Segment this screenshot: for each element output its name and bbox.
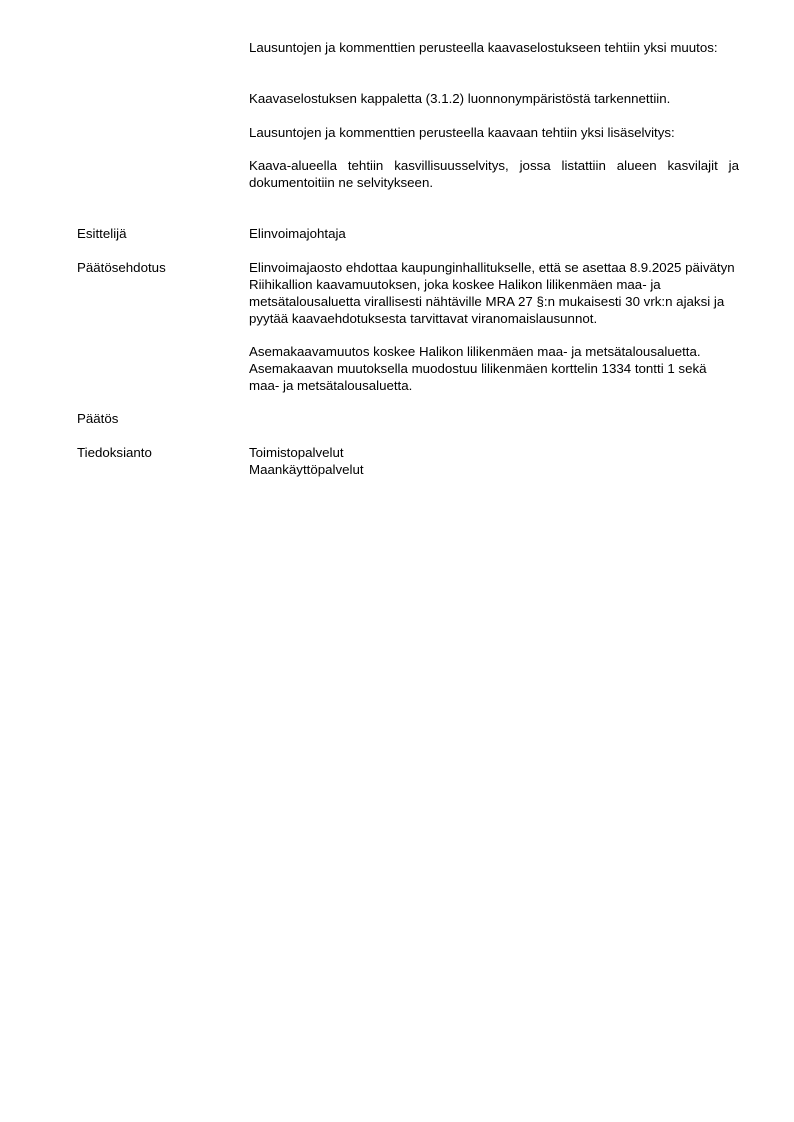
paatosehdotus-paragraph-2: Asemakaavamuutos koskee Halikon lilikenm… bbox=[249, 343, 739, 394]
intro-paragraph-4: Kaava-alueella tehtiin kasvillisuusselvi… bbox=[249, 157, 739, 191]
tiedoksianto-recipients: Toimistopalvelut Maankäyttöpalvelut bbox=[249, 444, 739, 478]
esittelija-value: Elinvoimajohtaja bbox=[249, 225, 739, 242]
intro-text-4: Kaava-alueella tehtiin kasvillisuusselvi… bbox=[249, 157, 739, 191]
paatos-label: Päätös bbox=[77, 410, 118, 427]
tiedoksianto-label: Tiedoksianto bbox=[77, 444, 152, 461]
intro-text-1: Lausuntojen ja kommenttien perusteella k… bbox=[249, 39, 739, 56]
paatosehdotus-paragraph-1: Elinvoimajaosto ehdottaa kaupunginhallit… bbox=[249, 259, 739, 327]
intro-paragraph-2: Kaavaselostuksen kappaletta (3.1.2) luon… bbox=[249, 90, 739, 107]
intro-paragraph-3: Lausuntojen ja kommenttien perusteella k… bbox=[249, 124, 739, 141]
intro-text-3: Lausuntojen ja kommenttien perusteella k… bbox=[249, 124, 739, 141]
paatosehdotus-text-2: Asemakaavamuutos koskee Halikon lilikenm… bbox=[249, 343, 739, 394]
intro-paragraph-1: Lausuntojen ja kommenttien perusteella k… bbox=[249, 39, 739, 56]
paatosehdotus-label: Päätösehdotus bbox=[77, 259, 166, 276]
recipient-2: Maankäyttöpalvelut bbox=[249, 461, 739, 478]
paatosehdotus-text-1: Elinvoimajaosto ehdottaa kaupunginhallit… bbox=[249, 259, 739, 327]
esittelija-label: Esittelijä bbox=[77, 225, 127, 242]
recipient-1: Toimistopalvelut bbox=[249, 444, 739, 461]
intro-text-2: Kaavaselostuksen kappaletta (3.1.2) luon… bbox=[249, 90, 739, 107]
